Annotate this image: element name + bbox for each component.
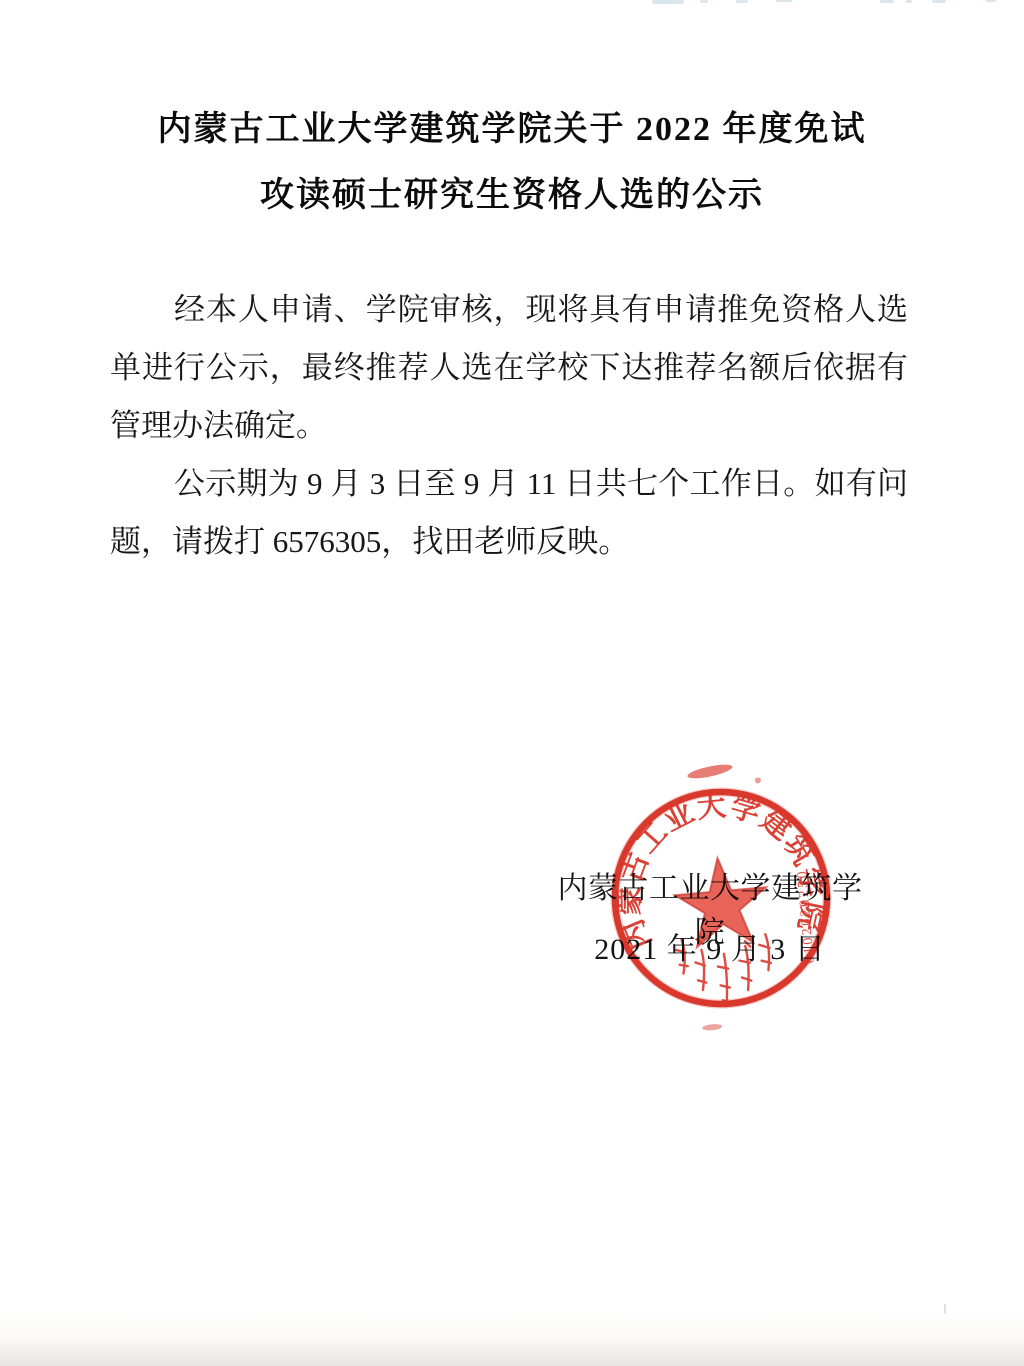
body-line: 单进行公示，最终推荐人选在学校下达推荐名额后依据有关 [110,339,908,397]
scan-artifact [932,0,946,3]
scan-artifact [944,1304,946,1314]
official-seal: 内蒙古工业大学建筑学院 0102020250 [569,746,872,1049]
scan-artifact [652,0,684,4]
notice-body: 经本人申请、学院审核，现将具有申请推免资格人选名 单进行公示，最终推荐人选在学校… [110,281,908,571]
scan-artifact [986,0,996,2]
notice-title-line-2: 攻读硕士研究生资格人选的公示 [0,163,1024,229]
scan-artifact [700,0,708,3]
scan-artifact [906,0,912,3]
scan-artifact [880,0,894,3]
scan-artifact [736,0,748,3]
paragraph: 经本人申请、学院审核，现将具有申请推免资格人选名 单进行公示，最终推荐人选在学校… [110,281,908,455]
body-line: 公示期为 9 月 3 日至 9 月 11 日共七个工作日。如有问 [110,455,908,513]
notice-title-line-1: 内蒙古工业大学建筑学院关于 2022 年度免试 [0,97,1024,163]
body-line: 管理办法确定。 [110,397,908,455]
seal-ink-smudge [755,777,762,784]
body-line: 题，请拨打 6576305，找田老师反映。 [110,513,908,571]
body-line: 经本人申请、学院审核，现将具有申请推免资格人选名 [110,281,908,339]
notice-title: 内蒙古工业大学建筑学院关于 2022 年度免试 攻读硕士研究生资格人选的公示 [0,97,1024,229]
seal-ink-smudge [702,1023,722,1031]
seal-ink-smudge [686,762,733,781]
scan-artifact [776,0,792,2]
paragraph: 公示期为 9 月 3 日至 9 月 11 日共七个工作日。如有问 题，请拨打 6… [110,455,908,571]
page-bottom-shadow [0,1340,1024,1366]
